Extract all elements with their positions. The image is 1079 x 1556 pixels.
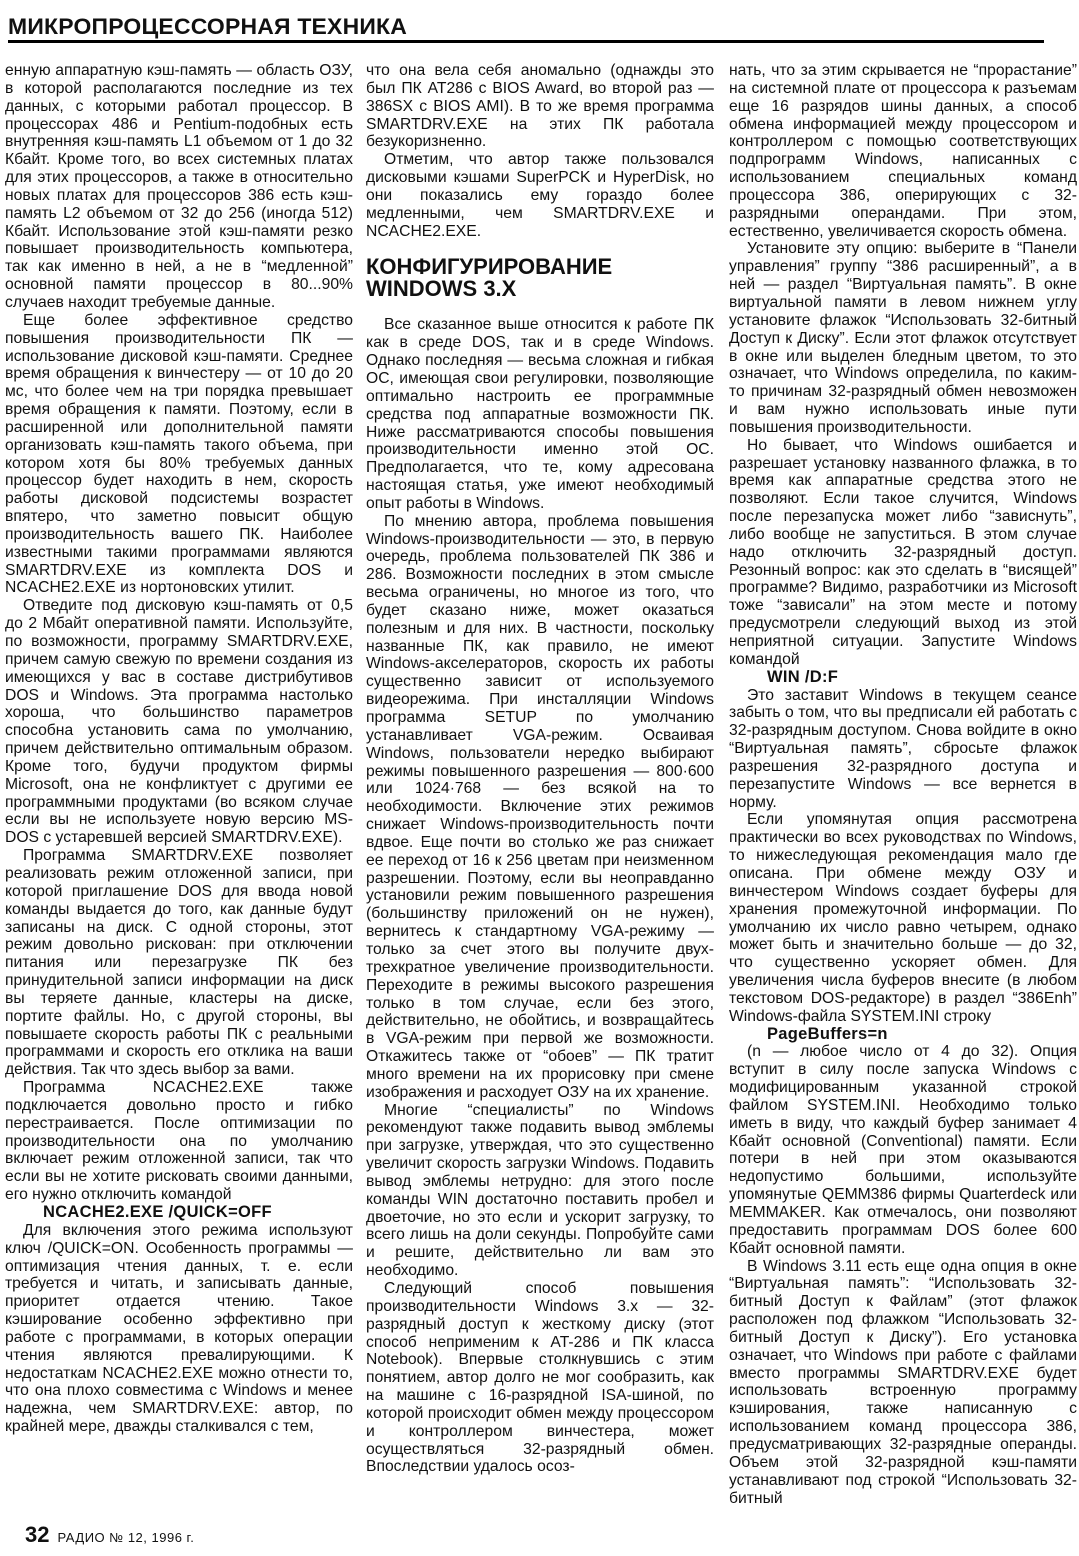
paragraph: Программа SMARTDRV.EXE позволяет реализо… xyxy=(5,847,353,1079)
section-title: МИКРОПРОЦЕССОРНАЯ ТЕХНИКА xyxy=(8,14,1065,40)
paragraph: По мнению автора, проблема повышения Win… xyxy=(366,513,714,1102)
paragraph: Многие “специалисты” по Windows рекоменд… xyxy=(366,1102,714,1280)
paragraph-continued: нать, что за этим скрывается не “прораст… xyxy=(729,62,1077,240)
paragraph: Отведите под дисковую кэш-память от 0,5 … xyxy=(5,597,353,847)
publication-info: РАДИО № 12, 1996 г. xyxy=(57,1530,194,1545)
paragraph: Следующий способ повышения производитель… xyxy=(366,1280,714,1476)
command-line: NCACHE2.EXE /QUICK=OFF xyxy=(43,1204,353,1222)
column-1: енную аппаратную кэш-память — область ОЗ… xyxy=(5,62,353,1436)
paragraph: В Windows 3.11 есть еще одна опция в окн… xyxy=(729,1258,1077,1508)
paragraph: Все сказанное выше относится к работе ПК… xyxy=(366,316,714,512)
page-footer: 32 РАДИО № 12, 1996 г. xyxy=(25,1522,194,1548)
column-3: нать, что за этим скрывается не “прораст… xyxy=(729,62,1077,1507)
paragraph: (n — любое число от 4 до 32). Опция всту… xyxy=(729,1043,1077,1257)
paragraph: Это заставит Windows в текущем сеансе за… xyxy=(729,687,1077,812)
command-line: WIN /D:F xyxy=(767,669,1077,687)
paragraph-continued: енную аппаратную кэш-память — область ОЗ… xyxy=(5,62,353,312)
command-line: PageBuffers=n xyxy=(767,1026,1077,1044)
paragraph: Для включения этого режима используют кл… xyxy=(5,1222,353,1436)
column-2: что она вела себя аномально (однажды это… xyxy=(366,62,714,1476)
paragraph: Еще более эффективное средство повышения… xyxy=(5,312,353,598)
page-number: 32 xyxy=(25,1522,49,1548)
paragraph: Но бывает, что Windows ошибается и разре… xyxy=(729,437,1077,669)
paragraph: Установите эту опцию: выберите в “Панели… xyxy=(729,240,1077,436)
paragraph: Если упомянутая опция рассмотрена практи… xyxy=(729,811,1077,1025)
paragraph: Программа NCACHE2.EXE также подключается… xyxy=(5,1079,353,1204)
page-header: МИКРОПРОЦЕССОРНАЯ ТЕХНИКА xyxy=(8,14,1044,40)
paragraph: Отметим, что автор также пользовался дис… xyxy=(366,151,714,240)
paragraph-continued: что она вела себя аномально (однажды это… xyxy=(366,62,714,151)
header-rule xyxy=(8,40,1044,43)
section-heading: КОНФИГУРИРОВАНИЕ WINDOWS 3.X xyxy=(366,256,714,300)
